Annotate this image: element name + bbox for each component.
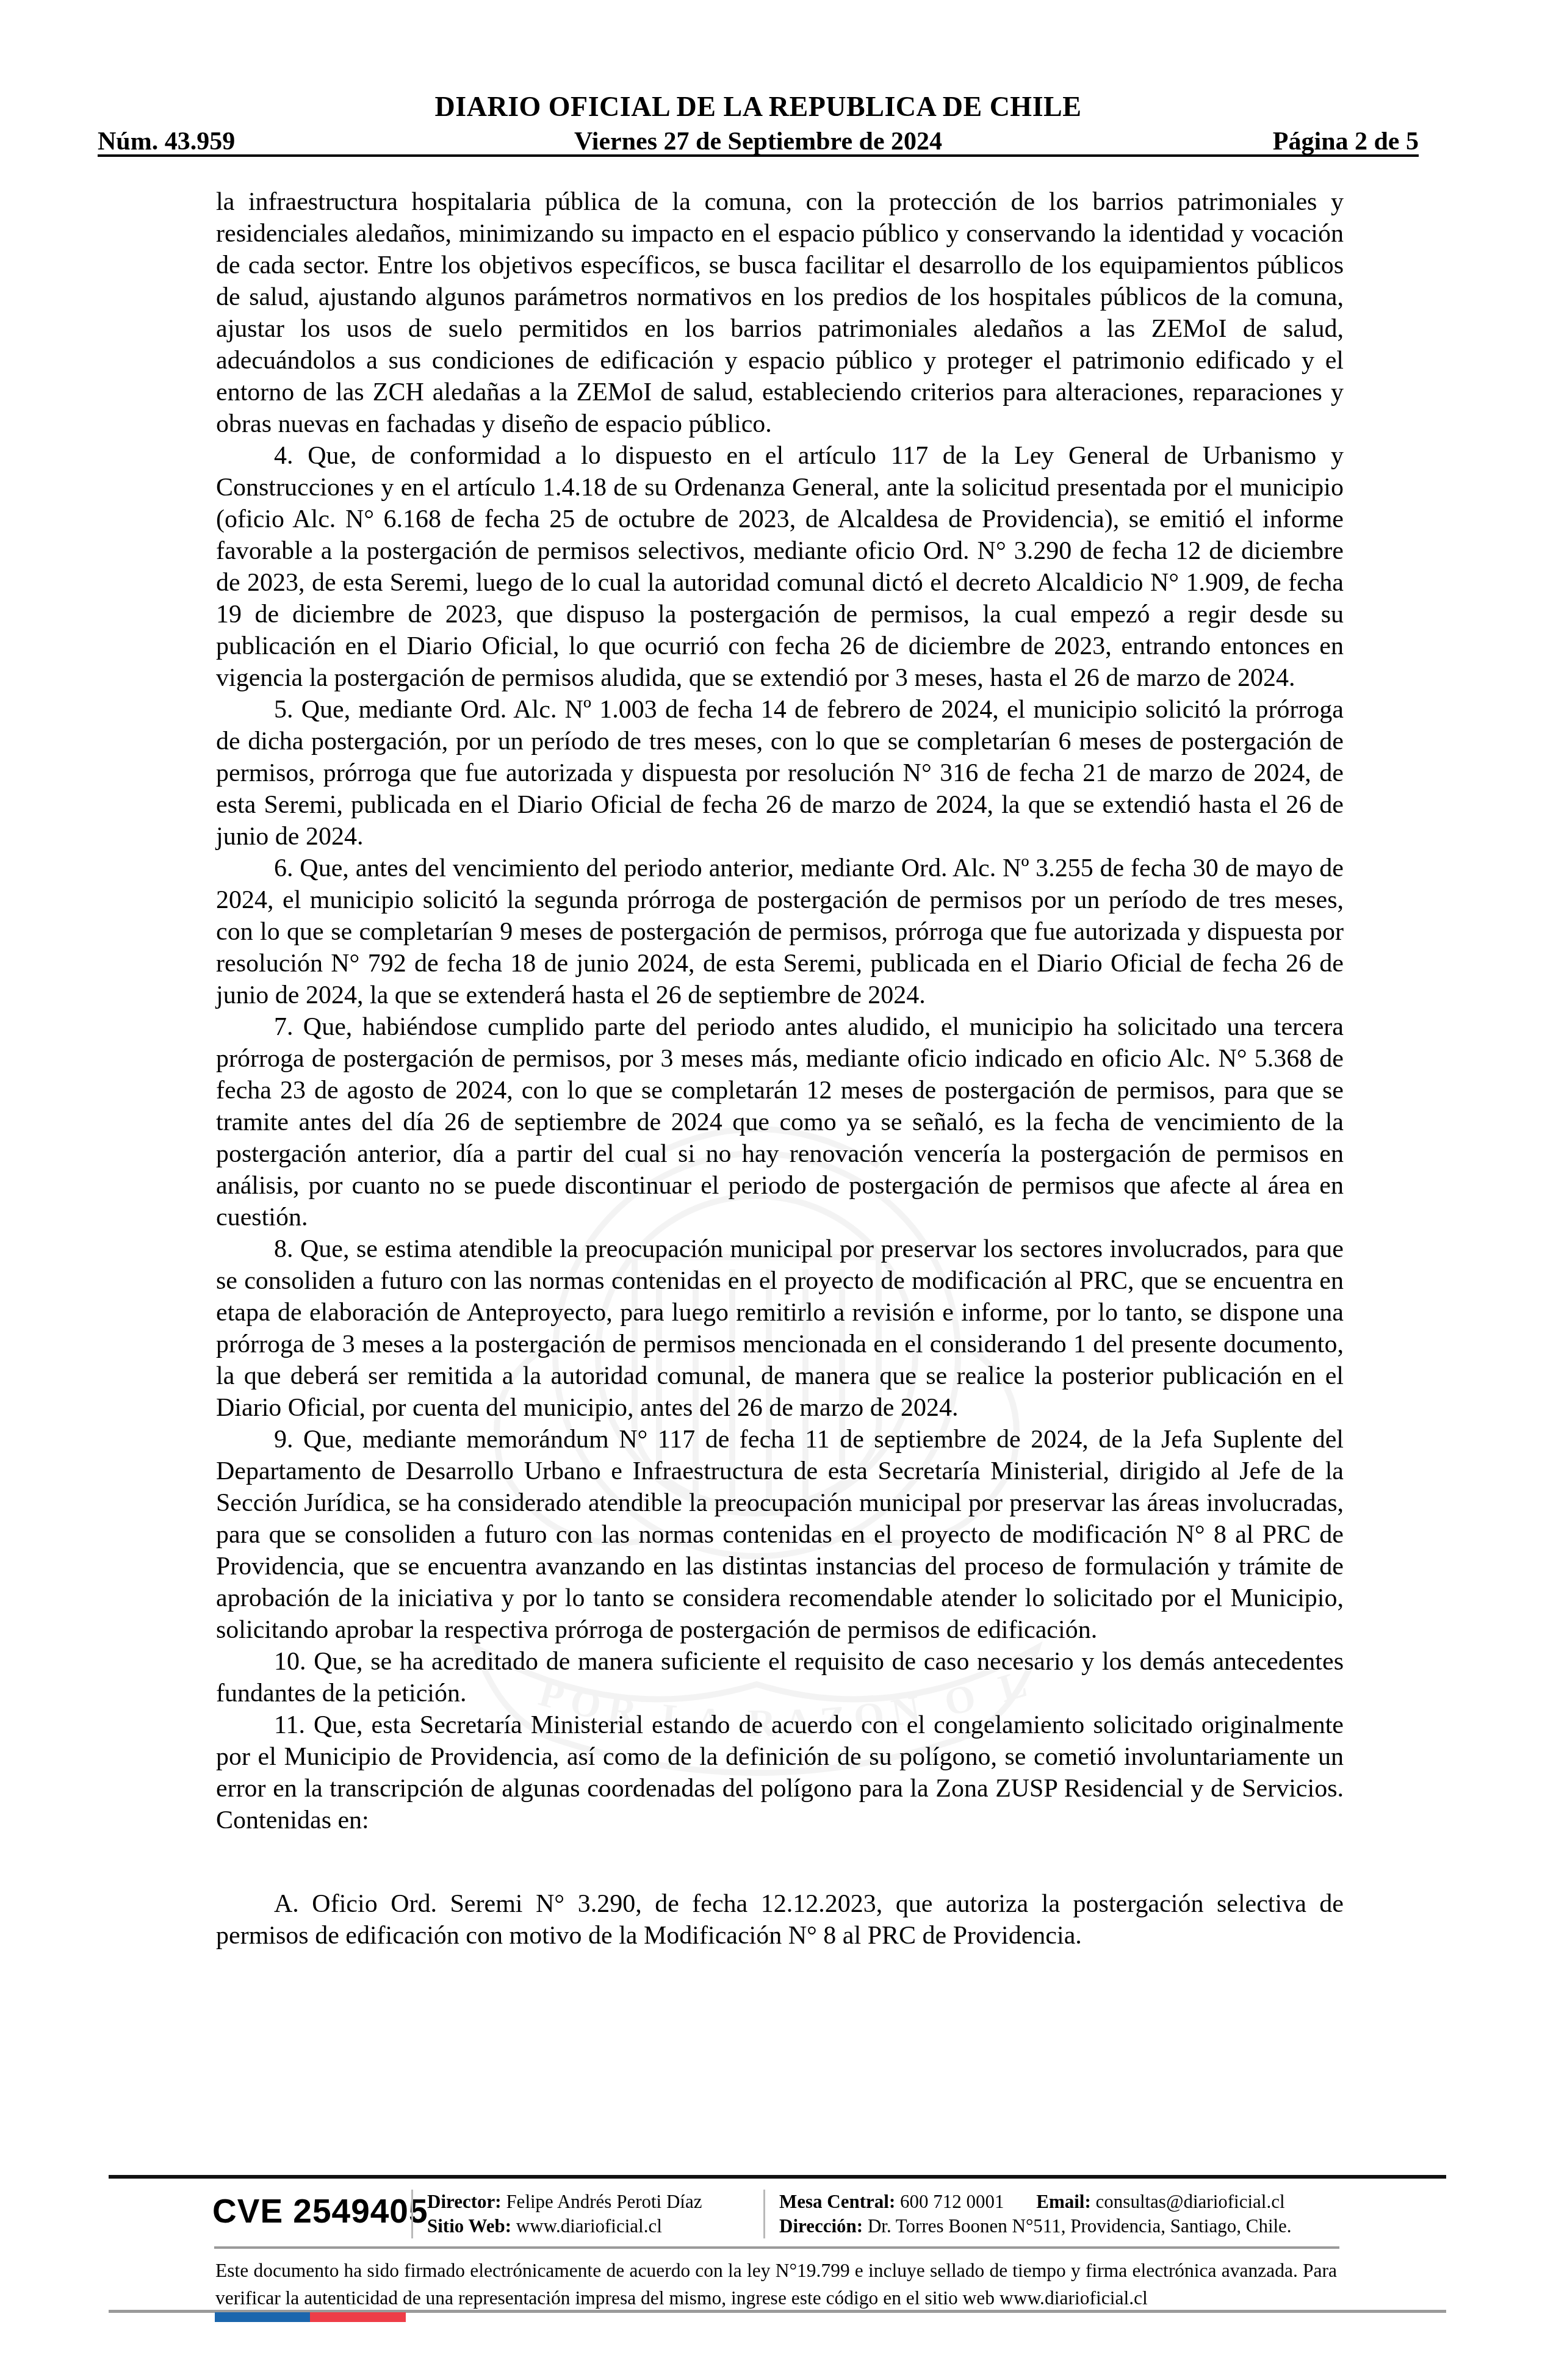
phone-number: 600 712 0001 (900, 2191, 1004, 2212)
footer-contact-block: Mesa Central: 600 712 0001 Email: consul… (779, 2190, 1347, 2238)
footer-top-rule (109, 2175, 1446, 2179)
publication-title: DIARIO OFICIAL DE LA REPUBLICA DE CHILE (98, 92, 1419, 122)
footer-divider-1 (411, 2190, 413, 2238)
paragraph: 10. Que, se ha acreditado de manera sufi… (216, 1646, 1344, 1709)
paragraph: 7. Que, habiéndose cumplido parte del pe… (216, 1011, 1344, 1233)
paragraph: 6. Que, antes del vencimiento del period… (216, 853, 1344, 1011)
director-row: Director: Felipe Andrés Peroti Díaz (427, 2190, 757, 2214)
paragraph: 4. Que, de conformidad a lo dispuesto en… (216, 440, 1344, 694)
website-link[interactable]: www.diarioficial.cl (516, 2215, 662, 2237)
paragraph: la infraestructura hospitalaria pública … (216, 186, 1344, 440)
doc-body: la infraestructura hospitalaria pública … (216, 186, 1344, 1952)
footer-divider-2 (763, 2190, 765, 2238)
gobierno-flag-red (310, 2312, 406, 2322)
phone-label: Mesa Central: (779, 2191, 895, 2212)
footer-middle-rule (214, 2246, 1339, 2249)
paragraph: 5. Que, mediante Ord. Alc. Nº 1.003 de f… (216, 694, 1344, 853)
email-label: Email: (1036, 2191, 1091, 2212)
website-row: Sitio Web: www.diarioficial.cl (427, 2214, 757, 2238)
signature-disclaimer: Este documento ha sido firmado electróni… (215, 2257, 1337, 2312)
cve-number: CVE 2549405 (212, 2186, 428, 2236)
page-header: DIARIO OFICIAL DE LA REPUBLICA DE CHILE … (98, 92, 1419, 156)
header-meta-row: Núm. 43.959 Viernes 27 de Septiembre de … (98, 127, 1419, 156)
address-label: Dirección: (779, 2215, 863, 2237)
address-value: Dr. Torres Boonen N°511, Providencia, Sa… (868, 2215, 1292, 2237)
issue-date: Viernes 27 de Septiembre de 2024 (98, 127, 1419, 156)
email-address[interactable]: consultas@diarioficial.cl (1096, 2191, 1285, 2212)
website-label: Sitio Web: (427, 2215, 511, 2237)
paragraph: A. Oficio Ord. Seremi N° 3.290, de fecha… (216, 1888, 1344, 1952)
page-number: Página 2 de 5 (1273, 127, 1419, 156)
phone-email-row: Mesa Central: 600 712 0001 Email: consul… (779, 2190, 1347, 2214)
document-page: POR LA RAZÓN O LA FUERZA DIARIO OFICIAL … (0, 0, 1556, 2380)
director-label: Director: (427, 2191, 502, 2212)
paragraph: 11. Que, esta Secretaría Ministerial est… (216, 1709, 1344, 1836)
footer-director-block: Director: Felipe Andrés Peroti Díaz Siti… (427, 2190, 757, 2238)
paragraph: 8. Que, se estima atendible la preocupac… (216, 1233, 1344, 1424)
paragraph: 9. Que, mediante memorándum N° 117 de fe… (216, 1424, 1344, 1646)
gobierno-flag-blue (215, 2312, 310, 2322)
director-name: Felipe Andrés Peroti Díaz (506, 2191, 702, 2212)
header-rule (98, 154, 1419, 157)
address-row: Dirección: Dr. Torres Boonen N°511, Prov… (779, 2214, 1347, 2238)
